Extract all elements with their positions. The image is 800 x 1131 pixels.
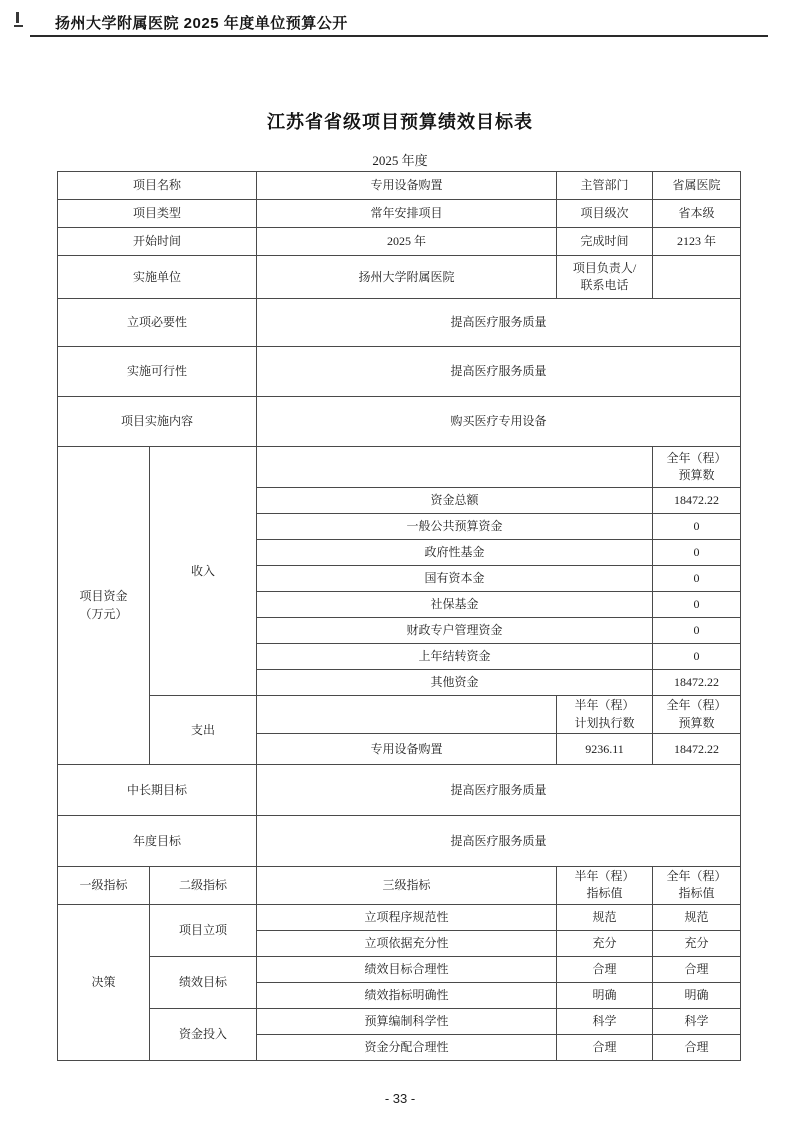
info-label-cell: 项目名称: [58, 172, 257, 200]
annual-indicator-value-cell: 合理: [653, 956, 741, 982]
level3-indicator-cell: 立项依据充分性: [257, 930, 557, 956]
income-row-label-cell: 上年结转资金: [257, 644, 653, 670]
half-indicator-value-cell: 明确: [557, 982, 653, 1008]
info-value-cell: 常年安排项目: [257, 200, 557, 228]
income-row-label-cell: 一般公共预算资金: [257, 514, 653, 540]
table-row: 实施可行性 提高医疗服务质量: [58, 347, 741, 397]
annual-indicator-header-line2: 指标值: [657, 885, 736, 902]
expense-half-value-cell: 9236.11: [557, 734, 653, 765]
table-row: 中长期目标 提高医疗服务质量: [58, 765, 741, 816]
goal-value-cell: 提高医疗服务质量: [257, 765, 741, 816]
goal-label-cell: 中长期目标: [58, 765, 257, 816]
income-row-value-cell: 18472.22: [653, 670, 741, 696]
info-value-cell: 2025 年: [257, 228, 557, 256]
annual-indicator-value-cell: 规范: [653, 904, 741, 930]
indicator-header-level1-cell: 一级指标: [58, 867, 150, 905]
empty-cell: [257, 447, 653, 488]
income-row-value-cell: 0: [653, 514, 741, 540]
level2-indicator-cell: 项目立项: [150, 904, 257, 956]
indicator-header-annual-cell: 全年（程） 指标值: [653, 867, 741, 905]
document-header: 扬州大学附属医院 2025 年度单位预算公开: [55, 12, 348, 33]
desc-value-cell: 购买医疗专用设备: [257, 397, 741, 447]
page-number: - 33 -: [0, 1091, 800, 1106]
indicator-header-level3-cell: 三级指标: [257, 867, 557, 905]
document-page: 扬州大学附属医院 2025 年度单位预算公开 江苏省省级项目预算绩效目标表 20…: [0, 0, 800, 1131]
income-row-label-cell: 其他资金: [257, 670, 653, 696]
table-row: 立项必要性 提高医疗服务质量: [58, 299, 741, 347]
half-indicator-value-cell: 科学: [557, 1008, 653, 1034]
income-row-label-cell: 国有资本金: [257, 566, 653, 592]
project-manager-label-line1: 项目负责人/: [561, 260, 648, 277]
level3-indicator-cell: 绩效目标合理性: [257, 956, 557, 982]
table-row: 项目类型 常年安排项目 项目级次 省本级: [58, 200, 741, 228]
budget-performance-table: 项目名称 专用设备购置 主管部门 省属医院 项目类型 常年安排项目 项目级次 省…: [57, 171, 741, 1061]
table-row: 绩效目标 绩效目标合理性 合理 合理: [58, 956, 741, 982]
expense-item-cell: 专用设备购置: [257, 734, 557, 765]
info-label-cell: 开始时间: [58, 228, 257, 256]
half-indicator-value-cell: 充分: [557, 930, 653, 956]
half-indicator-header-line1: 半年（程）: [561, 868, 648, 885]
income-row-label-cell: 政府性基金: [257, 540, 653, 566]
goal-label-cell: 年度目标: [58, 816, 257, 867]
project-manager-label-line2: 联系电话: [561, 277, 648, 294]
info-label-cell: 完成时间: [557, 228, 653, 256]
half-indicator-value-cell: 规范: [557, 904, 653, 930]
goal-value-cell: 提高医疗服务质量: [257, 816, 741, 867]
desc-label-cell: 立项必要性: [58, 299, 257, 347]
annual-indicator-value-cell: 明确: [653, 982, 741, 1008]
info-value-cell: [653, 256, 741, 299]
table-row: 年度目标 提高医疗服务质量: [58, 816, 741, 867]
annual-budget-header-cell: 全年（程） 预算数: [653, 447, 741, 488]
table-row: 一级指标 二级指标 三级指标 半年（程） 指标值 全年（程） 指标值: [58, 867, 741, 905]
table-row: 支出 半年（程） 计划执行数 全年（程） 预算数: [58, 696, 741, 734]
page-subtitle: 2025 年度: [0, 150, 800, 169]
income-row-value-cell: 0: [653, 618, 741, 644]
level2-indicator-cell: 资金投入: [150, 1008, 257, 1060]
level3-indicator-cell: 立项程序规范性: [257, 904, 557, 930]
level3-indicator-cell: 预算编制科学性: [257, 1008, 557, 1034]
level3-indicator-cell: 资金分配合理性: [257, 1034, 557, 1060]
table-row: 项目名称 专用设备购置 主管部门 省属医院: [58, 172, 741, 200]
table-row: 开始时间 2025 年 完成时间 2123 年: [58, 228, 741, 256]
empty-cell: [257, 696, 557, 734]
half-indicator-value-cell: 合理: [557, 956, 653, 982]
income-row-value-cell: 0: [653, 644, 741, 670]
table-row: 实施单位 扬州大学附属医院 项目负责人/ 联系电话: [58, 256, 741, 299]
info-value-cell: 专用设备购置: [257, 172, 557, 200]
half-header-line1: 半年（程）: [561, 697, 648, 714]
expense-section-cell: 支出: [150, 696, 257, 765]
annual-indicator-header-line1: 全年（程）: [657, 868, 736, 885]
annual-header-line1: 全年（程）: [657, 697, 736, 714]
funds-label-line2: （万元）: [62, 606, 145, 623]
desc-label-cell: 项目实施内容: [58, 397, 257, 447]
scan-artifact: [14, 25, 23, 27]
indicator-header-level2-cell: 二级指标: [150, 867, 257, 905]
annual-header-line2: 预算数: [657, 467, 736, 484]
annual-indicator-value-cell: 充分: [653, 930, 741, 956]
scan-artifact: [16, 12, 19, 23]
info-value-cell: 省本级: [653, 200, 741, 228]
info-value-cell: 2123 年: [653, 228, 741, 256]
info-label-cell: 项目级次: [557, 200, 653, 228]
level2-indicator-cell: 绩效目标: [150, 956, 257, 1008]
income-section-cell: 收入: [150, 447, 257, 696]
funds-section-cell: 项目资金 （万元）: [58, 447, 150, 765]
page-title: 江苏省省级项目预算绩效目标表: [0, 108, 800, 134]
info-label-cell: 项目负责人/ 联系电话: [557, 256, 653, 299]
level3-indicator-cell: 绩效指标明确性: [257, 982, 557, 1008]
info-value-cell: 省属医院: [653, 172, 741, 200]
annual-header-line1: 全年（程）: [657, 450, 736, 467]
table-row: 决策 项目立项 立项程序规范性 规范 规范: [58, 904, 741, 930]
header-rule: [30, 35, 768, 37]
annual-indicator-value-cell: 科学: [653, 1008, 741, 1034]
income-row-label-cell: 财政专户管理资金: [257, 618, 653, 644]
info-value-cell: 扬州大学附属医院: [257, 256, 557, 299]
income-row-value-cell: 0: [653, 592, 741, 618]
half-indicator-value-cell: 合理: [557, 1034, 653, 1060]
table-row: 项目资金 （万元） 收入 全年（程） 预算数: [58, 447, 741, 488]
income-row-label-cell: 社保基金: [257, 592, 653, 618]
table-row: 资金投入 预算编制科学性 科学 科学: [58, 1008, 741, 1034]
info-label-cell: 主管部门: [557, 172, 653, 200]
info-label-cell: 项目类型: [58, 200, 257, 228]
expense-annual-value-cell: 18472.22: [653, 734, 741, 765]
desc-value-cell: 提高医疗服务质量: [257, 347, 741, 397]
table-row: 项目实施内容 购买医疗专用设备: [58, 397, 741, 447]
level1-indicator-cell: 决策: [58, 904, 150, 1060]
info-label-cell: 实施单位: [58, 256, 257, 299]
annual-indicator-value-cell: 合理: [653, 1034, 741, 1060]
indicator-header-half-cell: 半年（程） 指标值: [557, 867, 653, 905]
income-row-label-cell: 资金总额: [257, 488, 653, 514]
income-row-value-cell: 18472.22: [653, 488, 741, 514]
half-exec-header-cell: 半年（程） 计划执行数: [557, 696, 653, 734]
funds-label-line1: 项目资金: [62, 588, 145, 605]
income-row-value-cell: 0: [653, 540, 741, 566]
desc-value-cell: 提高医疗服务质量: [257, 299, 741, 347]
income-row-value-cell: 0: [653, 566, 741, 592]
annual-budget-header-cell: 全年（程） 预算数: [653, 696, 741, 734]
annual-header-line2: 预算数: [657, 715, 736, 732]
half-header-line2: 计划执行数: [561, 715, 648, 732]
desc-label-cell: 实施可行性: [58, 347, 257, 397]
half-indicator-header-line2: 指标值: [561, 885, 648, 902]
